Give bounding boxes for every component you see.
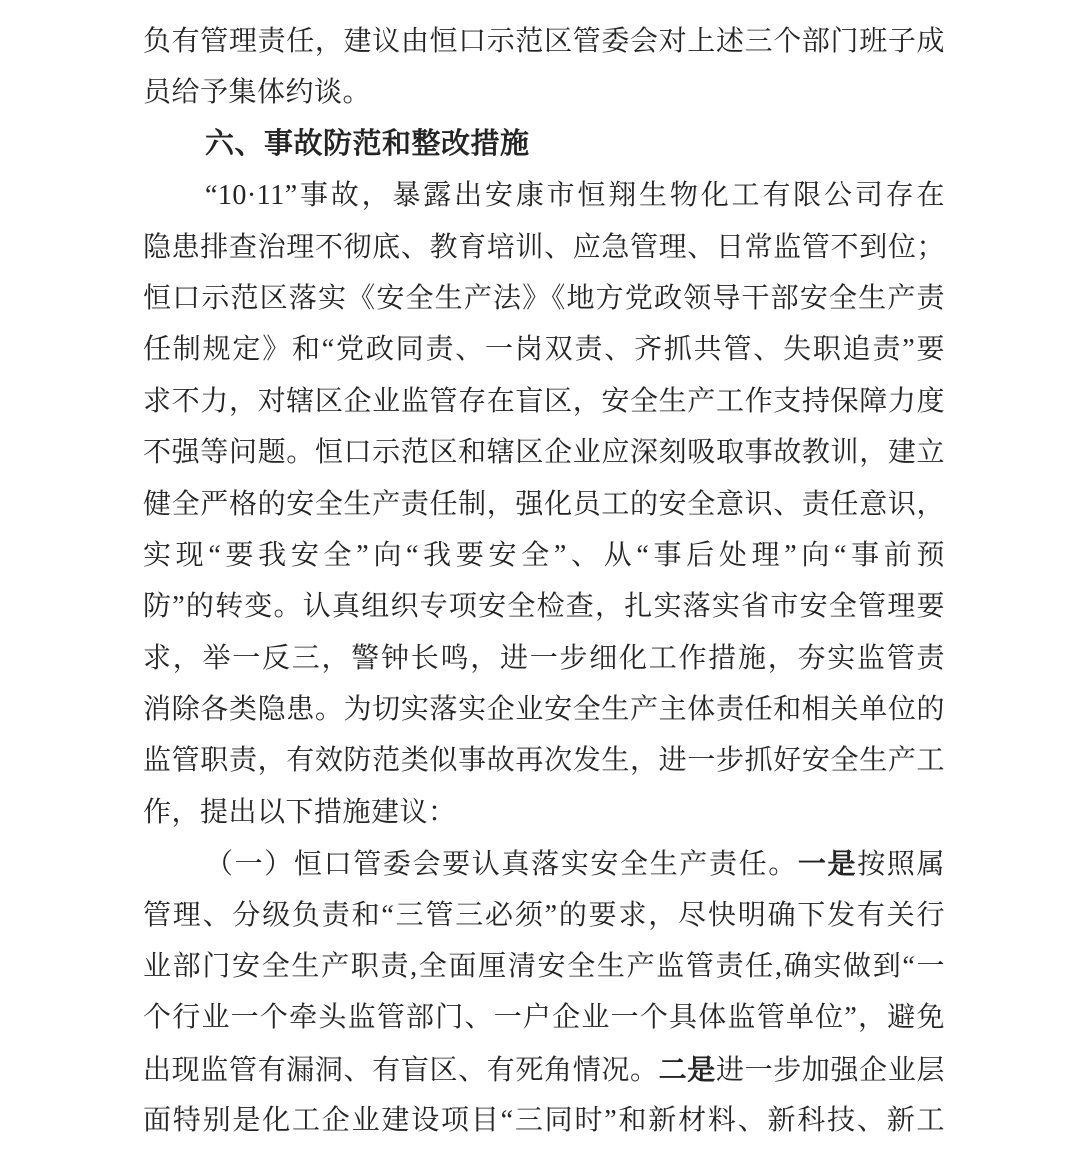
text-run: 不强等问题。恒口示范区和辖区企业应深刻吸取事故教训，建立: [143, 437, 945, 468]
text-run: 个行业一个牵头监管部门、一户企业一个具体监管单位”，避免: [143, 1002, 945, 1033]
text-line: 负有管理责任，建议由恒口示范区管委会对上述三个部门班子成: [143, 16, 945, 67]
text-run: 恒口示范区落实《安全生产法》《地方党政领导干部安全生产责: [143, 283, 945, 314]
text-run: 消除各类隐患。为切实落实企业安全生产主体责任和相关单位的: [143, 694, 945, 725]
text-run: 面特别是化工企业建设项目“三同时”和新材料、新科技、新工: [143, 1105, 945, 1136]
text-line: 面特别是化工企业建设项目“三同时”和新材料、新科技、新工: [143, 1095, 945, 1146]
text-run: 求，举一反三，警钟长鸣，进一步细化工作措施，夯实监管责任，: [143, 643, 945, 684]
text-line: 求，举一反三，警钟长鸣，进一步细化工作措施，夯实监管责任，: [143, 633, 945, 684]
text-line: 监管职责，有效防范类似事故再次发生，进一步抓好安全生产工: [143, 735, 945, 786]
text-line: 个行业一个牵头监管部门、一户企业一个具体监管单位”，避免: [143, 992, 945, 1043]
text-line: 实现“要我安全”向“我要安全”、从“事后处理”向“事前预: [143, 530, 945, 581]
text-line: 求不力，对辖区企业监管存在盲区，安全生产工作支持保障力度: [143, 376, 945, 427]
text-run: 健全严格的安全生产责任制，强化员工的安全意识、责任意识，: [143, 489, 945, 520]
text-run: 作，提出以下措施建议：: [143, 797, 457, 828]
text-line: 隐患排查治理不彻底、教育培训、应急管理、日常监管不到位；: [143, 222, 945, 273]
text-run: 任制规定》和“党政同责、一岗双责、齐抓共管、失职追责”要: [143, 334, 945, 365]
text-run: 进一步加强企业层: [716, 1055, 945, 1086]
text-run: 隐患排查治理不彻底、教育培训、应急管理、日常监管不到位；: [143, 232, 945, 263]
document-page: 负有管理责任，建议由恒口示范区管委会对上述三个部门班子成员给予集体约谈。六、事故…: [0, 0, 1080, 1162]
text-line: 管理、分级负责和“三管三必须”的要求，尽快明确下发有关行: [143, 890, 945, 941]
bold-run: 二是: [659, 1054, 716, 1085]
text-line: 业部门安全生产职责,全面厘清安全生产监管责任,确实做到“一: [143, 941, 945, 992]
text-line: 防”的转变。认真组织专项安全检查，扎实落实省市安全管理要: [143, 581, 945, 632]
text-line: 恒口示范区落实《安全生产法》《地方党政领导干部安全生产责: [143, 273, 945, 324]
text-line: 作，提出以下措施建议：: [143, 787, 945, 838]
bold-run: 六、事故防范和整改措施: [205, 128, 530, 160]
bold-run: 一是: [798, 848, 857, 879]
text-run: 实现“要我安全”向“我要安全”、从“事后处理”向“事前预: [143, 540, 945, 571]
text-line: 不强等问题。恒口示范区和辖区企业应深刻吸取事故教训，建立: [143, 427, 945, 478]
text-run: 管理、分级负责和“三管三必须”的要求，尽快明确下发有关行: [143, 900, 945, 931]
text-run: 业部门安全生产职责,全面厘清安全生产监管责任,确实做到“一: [143, 951, 945, 982]
text-line: 任制规定》和“党政同责、一岗双责、齐抓共管、失职追责”要: [143, 324, 945, 375]
text-line: “10·11”事故，暴露出安康市恒翔生物化工有限公司存在: [143, 170, 945, 221]
text-run: （一）恒口管委会要认真落实安全生产责任。: [205, 849, 798, 880]
text-run: 监管职责，有效防范类似事故再次发生，进一步抓好安全生产工: [143, 745, 945, 776]
text-run: 负有管理责任，建议由恒口示范区管委会对上述三个部门班子成: [143, 26, 945, 57]
text-line: 消除各类隐患。为切实落实企业安全生产主体责任和相关单位的: [143, 684, 945, 735]
text-run: 防”的转变。认真组织专项安全检查，扎实落实省市安全管理要: [143, 591, 945, 622]
text-line: 出现监管有漏洞、有盲区、有死角情况。二是进一步加强企业层: [143, 1044, 945, 1095]
text-run: 员给予集体约谈。: [143, 77, 371, 108]
text-line: 员给予集体约谈。: [143, 67, 945, 118]
text-run: “10·11”事故，暴露出安康市恒翔生物化工有限公司存在: [205, 180, 945, 211]
document-body: 负有管理责任，建议由恒口示范区管委会对上述三个部门班子成员给予集体约谈。六、事故…: [143, 16, 945, 1147]
text-run: 求不力，对辖区企业监管存在盲区，安全生产工作支持保障力度: [143, 386, 945, 417]
text-run: 出现监管有漏洞、有盲区、有死角情况。: [143, 1055, 659, 1086]
text-line: （一）恒口管委会要认真落实安全生产责任。一是按照属地: [143, 838, 945, 889]
text-line: 健全严格的安全生产责任制，强化员工的安全意识、责任意识，: [143, 479, 945, 530]
section-heading: 六、事故防范和整改措施: [143, 119, 945, 170]
